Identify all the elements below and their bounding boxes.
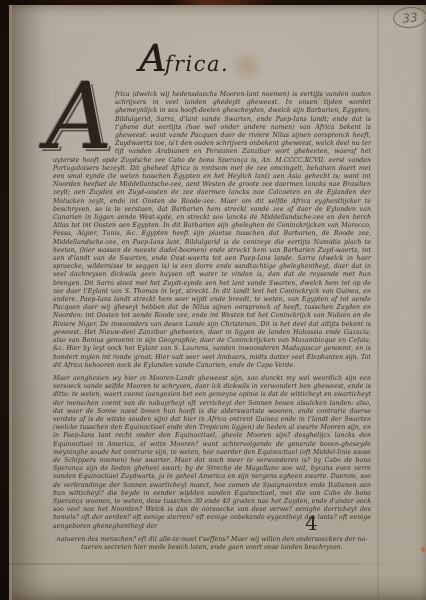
paper-fold-line: [377, 5, 379, 600]
page-title: Africa.: [139, 39, 229, 79]
closing-line: natueren des menschen? oft dit alle-te-m…: [53, 536, 371, 544]
ornate-drop-cap: A: [46, 88, 110, 152]
paper-speck: [421, 547, 425, 552]
paper-stain: [229, 49, 265, 83]
closing-line: tueren secreten hier mede besich laten, …: [53, 544, 371, 552]
title-swash-initial: A: [139, 37, 165, 80]
folio-number: 33: [402, 10, 418, 25]
title-text: frica.: [165, 52, 229, 76]
signature-mark: 4: [305, 511, 318, 535]
paragraph-text: Maer aenghesien wy hier in Mooren-Landt …: [53, 375, 371, 530]
paragraph: Africa (dwelck wij hedensdaechs Mooren-l…: [53, 91, 371, 370]
book-photo: 33 Africa. Africa (dwelck wij hedensdaec…: [0, 0, 426, 600]
folio-annotation: 33: [392, 6, 426, 30]
book-page: 33 Africa. Africa (dwelck wij hedensdaec…: [9, 5, 426, 600]
paragraph: Maer aenghesien wy hier in Mooren-Landt …: [53, 375, 371, 531]
body-text-block: Africa (dwelck wij hedensdaechs Mooren-l…: [53, 91, 371, 552]
paper-crease: [9, 563, 386, 565]
book-binding-edge: [0, 0, 9, 600]
